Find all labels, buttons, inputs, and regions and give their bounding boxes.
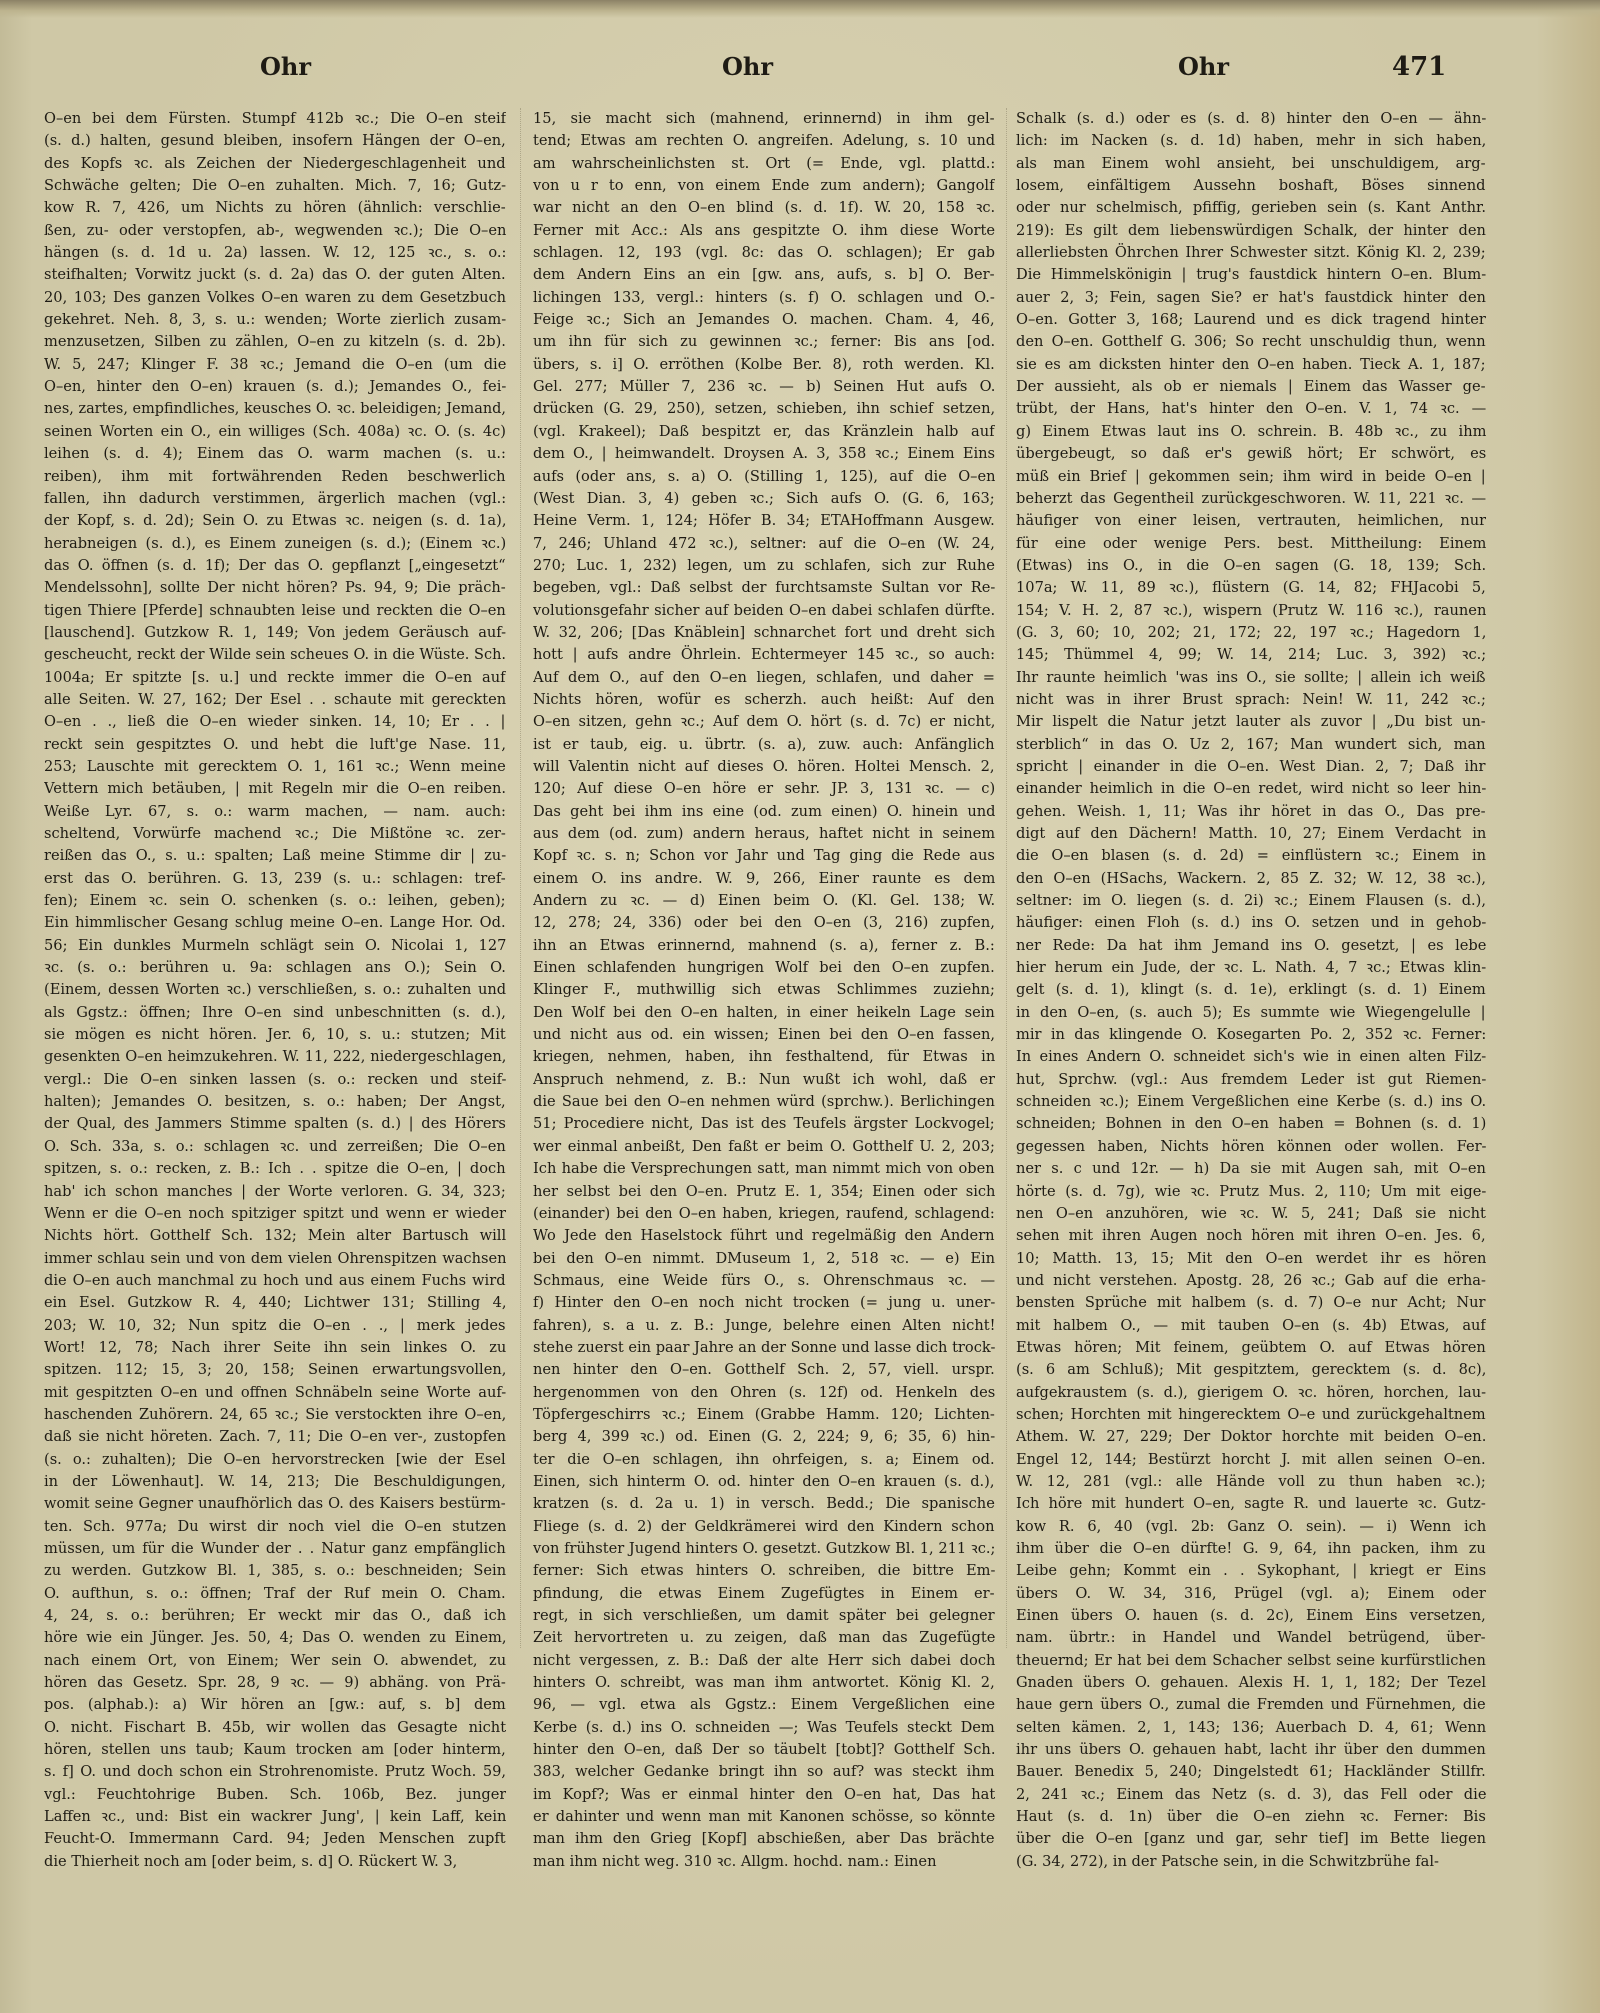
- text-line: Den Wolf bei den O–en halten, in einer h…: [533, 1002, 995, 1024]
- text-line: hängen (s. d. 1d u. 2a) lassen. W. 12, 1…: [44, 242, 506, 264]
- text-line: will Valentin nicht auf dieses O. hören.…: [533, 756, 995, 778]
- text-line: trübt, der Hans, hat's hinter den O–en. …: [1016, 398, 1486, 420]
- text-line: 107a; W. 11, 89 ꝛc.), flüstern (G. 14, 8…: [1016, 577, 1486, 599]
- text-line: ist er taub, eig. u. übrtr. (s. a), zuw.…: [533, 734, 995, 756]
- text-line: begeben, vgl.: Daß selbst der furchtsams…: [533, 577, 995, 599]
- text-line: das O. öffnen (s. d. 1f); Der das O. gep…: [44, 555, 506, 577]
- text-line: nen hinter den O–en. Gotthelf Sch. 2, 57…: [533, 1359, 995, 1381]
- text-line: Fliege (s. d. 2) der Geldkrämerei wird d…: [533, 1516, 995, 1538]
- column-gutter: [520, 108, 522, 1648]
- text-line: Leibe gehn; Kommt ein . . Sykophant, | k…: [1016, 1560, 1486, 1582]
- text-line: gekehret. Neh. 8, 3, s. u.: wenden; Wort…: [44, 309, 506, 331]
- text-line: ihr uns übers O. gehauen habt, lacht ihr…: [1016, 1739, 1486, 1761]
- column-right: Schalk (s. d.) oder es (s. d. 8) hinter …: [1016, 108, 1486, 1873]
- text-line: die Saue bei den O–en nehmen würd (sprch…: [533, 1091, 995, 1113]
- text-line: allerliebsten Öhrchen Ihrer Schwester si…: [1016, 242, 1486, 264]
- text-line: Kerbe (s. d.) ins O. schneiden —; Was Te…: [533, 1717, 995, 1739]
- column-middle: 15, sie macht sich (mahnend, erinnernd) …: [533, 108, 995, 1873]
- text-line: 20, 103; Des ganzen Volkes O–en waren zu…: [44, 287, 506, 309]
- text-line: tigen Thiere [Pferde] schnaubten leise u…: [44, 600, 506, 622]
- text-line: nam. übrtr.: in Handel und Wandel betrüg…: [1016, 1627, 1486, 1649]
- text-line: Auf dem O., auf den O–en liegen, schlafe…: [533, 667, 995, 689]
- text-line: [lauschend]. Gutzkow R. 1, 149; Von jede…: [44, 622, 506, 644]
- text-line: Klinger F., muthwillig sich etwas Schlim…: [533, 979, 995, 1001]
- text-line: lich: im Nacken (s. d. 1d) haben, mehr i…: [1016, 130, 1486, 152]
- text-line: Mir lispelt die Natur jetzt lauter als z…: [1016, 711, 1486, 733]
- text-line: man ihm nicht weg. 310 ꝛc. Allgm. hochd.…: [533, 1851, 995, 1873]
- text-line: hergenommen von den Ohren (s. 12f) od. H…: [533, 1382, 995, 1404]
- text-line: die O–en auch manchmal zu hoch und aus e…: [44, 1270, 506, 1292]
- text-line: die Thierheit noch am [oder beim, s. d] …: [44, 1851, 506, 1873]
- text-line: hott | aufs andre Öhrlein. Echtermeyer 1…: [533, 644, 995, 666]
- text-line: übers O. W. 34, 316, Prügel (vgl. a); Ei…: [1016, 1583, 1486, 1605]
- text-line: (s. o.: zuhalten); Die O–en hervorstreck…: [44, 1449, 506, 1471]
- text-line: Töpfergeschirrs ꝛc.; Einem (Grabbe Hamm.…: [533, 1404, 995, 1426]
- text-line: Anspruch nehmend, z. B.: Nun wußt ich wo…: [533, 1069, 995, 1091]
- text-line: Ich habe die Versprechungen satt, man ni…: [533, 1158, 995, 1180]
- text-line: Ein himmlischer Gesang schlug meine O–en…: [44, 912, 506, 934]
- text-line: mit gespitzten O–en und offnen Schnäbeln…: [44, 1382, 506, 1404]
- text-line: pfindung, die etwas Einem Zugefügtes in …: [533, 1583, 995, 1605]
- text-line: gehen. Weish. 1, 11; Was ihr höret in da…: [1016, 801, 1486, 823]
- text-line: Mendelssohn], sollte Der nicht hören? Ps…: [44, 577, 506, 599]
- text-line: zu werden. Gutzkow Bl. 1, 385, s. o.: be…: [44, 1560, 506, 1582]
- text-line: scheltend, Vorwürfe machend ꝛc.; Die Miß…: [44, 823, 506, 845]
- text-line: einander heimlich in die O–en redet, wir…: [1016, 778, 1486, 800]
- text-line: Feucht-O. Immermann Card. 94; Jeden Mens…: [44, 1828, 506, 1850]
- text-line: man ihm den Grieg [Kopf] abschießen, abe…: [533, 1828, 995, 1850]
- text-line: von u r to enn, von einem Ende zum ander…: [533, 175, 995, 197]
- text-line: 154; V. H. 2, 87 ꝛc.), wispern (Prutz W.…: [1016, 600, 1486, 622]
- text-line: hinters O. schreibt, was man ihm antwort…: [533, 1672, 995, 1694]
- text-line: war nicht an den O–en blind (s. d. 1f). …: [533, 197, 995, 219]
- text-line: für eine oder wenige Pers. best. Mitthei…: [1016, 533, 1486, 555]
- text-line: der Kopf, s. d. 2d); Sein O. zu Etwas ꝛc…: [44, 510, 506, 532]
- text-line: theuernd; Er hat bei dem Schacher selbst…: [1016, 1650, 1486, 1672]
- text-line: 4, 24, s. o.: berühren; Er weckt mir das…: [44, 1605, 506, 1627]
- text-line: schen; Horchten mit hingerecktem O–e und…: [1016, 1404, 1486, 1426]
- text-line: 145; Thümmel 4, 99; W. 14, 214; Luc. 3, …: [1016, 644, 1486, 666]
- text-line: nicht was in ihrer Brust sprach: Nein! W…: [1016, 689, 1486, 711]
- text-line: seinen Worten ein O., ein williges (Sch.…: [44, 421, 506, 443]
- page-number: 471: [1392, 52, 1446, 82]
- text-line: Kopf ꝛc. s. n; Schon vor Jahr und Tag gi…: [533, 845, 995, 867]
- text-line: nes, zartes, empfindliches, keusches O. …: [44, 398, 506, 420]
- text-line: 253; Lauschte mit gerecktem O. 1, 161 ꝛc…: [44, 756, 506, 778]
- text-line: (vgl. Krakeel); Daß bespitzt er, das Krä…: [533, 421, 995, 443]
- text-line: Heine Verm. 1, 124; Höfer B. 34; ETAHoff…: [533, 510, 995, 532]
- text-line: 2, 241 ꝛc.; Einem das Netz (s. d. 3), da…: [1016, 1784, 1486, 1806]
- text-line: (Etwas) ins O., in die O–en sagen (G. 18…: [1016, 555, 1486, 577]
- text-line: haschenden Zuhörern. 24, 65 ꝛc.; Sie ver…: [44, 1404, 506, 1426]
- text-line: 383, welcher Gedanke bringt ihn so auf? …: [533, 1761, 995, 1783]
- text-line: Schwäche gelten; Die O–en zuhalten. Mich…: [44, 175, 506, 197]
- text-line: reckt sein gespitztes O. und hebt die lu…: [44, 734, 506, 756]
- text-line: bei den O–en nimmt. DMuseum 1, 2, 518 ꝛc…: [533, 1248, 995, 1270]
- text-line: O–en . ., ließ die O–en wieder sinken. 1…: [44, 711, 506, 733]
- text-line: ferner: Sich etwas hinters O. schreiben,…: [533, 1560, 995, 1582]
- text-line: O–en. Gotter 3, 168; Laurend und es dick…: [1016, 309, 1486, 331]
- text-line: Etwas hören; Mit feinem, geübtem O. auf …: [1016, 1337, 1486, 1359]
- headword-middle: Ohr: [722, 52, 773, 81]
- text-line: mir in das klingende O. Kosegarten Po. 2…: [1016, 1024, 1486, 1046]
- text-line: gelt (s. d. 1), klingt (s. d. 1e), erkli…: [1016, 979, 1486, 1001]
- text-line: hören das Gesetz. Spr. 28, 9 ꝛc. — 9) ab…: [44, 1672, 506, 1694]
- text-line: O. nicht. Fischart B. 45b, wir wollen da…: [44, 1717, 506, 1739]
- text-line: von frühster Jugend hinters O. gesetzt. …: [533, 1538, 995, 1560]
- text-line: f) Hinter den O–en noch nicht trocken (=…: [533, 1292, 995, 1314]
- text-line: daß sie nicht höreten. Zach. 7, 11; Die …: [44, 1426, 506, 1448]
- text-line: hörte (s. d. 7g), wie ꝛc. Prutz Mus. 2, …: [1016, 1181, 1486, 1203]
- text-line: erst das O. berühren. G. 13, 239 (s. u.:…: [44, 868, 506, 890]
- text-line: den O–en (HSachs, Wackern. 2, 85 Z. 32; …: [1016, 868, 1486, 890]
- text-line: Wo Jede den Haselstock führt und regelmä…: [533, 1225, 995, 1247]
- text-line: ten. Sch. 977a; Du wirst dir noch viel d…: [44, 1516, 506, 1538]
- text-line: (s. d.) halten, gesund bleiben, insofern…: [44, 130, 506, 152]
- text-line: drücken (G. 29, 250), setzen, schieben, …: [533, 398, 995, 420]
- text-line: vergl.: Die O–en sinken lassen (s. o.: r…: [44, 1069, 506, 1091]
- text-line: sterblich“ in das O. Uz 2, 167; Man wund…: [1016, 734, 1486, 756]
- text-line: (einander) bei den O–en haben, kriegen, …: [533, 1203, 995, 1225]
- text-line: auer 2, 3; Fein, sagen Sie? er hat's fau…: [1016, 287, 1486, 309]
- text-line: (Einem, dessen Worten ꝛc.) verschließen,…: [44, 979, 506, 1001]
- text-line: berg 4, 399 ꝛc.) od. Einen (G. 2, 224; 9…: [533, 1426, 995, 1448]
- text-line: müssen, um für die Wunder der . . Natur …: [44, 1538, 506, 1560]
- text-line: Engel 12, 144; Bestürzt horcht J. mit al…: [1016, 1449, 1486, 1471]
- text-line: nach einem Ort, von Einem; Wer sein O. a…: [44, 1650, 506, 1672]
- text-line: s. f] O. und doch schon ein Strohrenomis…: [44, 1761, 506, 1783]
- text-line: ner Rede: Da hat ihm Jemand ins O. geset…: [1016, 935, 1486, 957]
- text-line: schneiden ꝛc.); Einem Vergeßlichen eine …: [1016, 1091, 1486, 1113]
- text-line: beherzt das Gegentheil zurückgeschworen.…: [1016, 488, 1486, 510]
- text-line: spitzen. 112; 15, 3; 20, 158; Seinen erw…: [44, 1359, 506, 1381]
- text-line: ihn an Etwas erinnernd, mahnend (s. a), …: [533, 935, 995, 957]
- text-line: herabneigen (s. d.), es Einem zuneigen (…: [44, 533, 506, 555]
- text-line: her selbst bei den O–en. Prutz E. 1, 354…: [533, 1181, 995, 1203]
- text-line: W. 12, 281 (vgl.: alle Hände voll zu thu…: [1016, 1471, 1486, 1493]
- text-line: wer einmal anbeißt, Den faßt er beim O. …: [533, 1136, 995, 1158]
- text-line: spricht | einander in die O–en. West Dia…: [1016, 756, 1486, 778]
- text-line: Feige ꝛc.; Sich an Jemandes O. machen. C…: [533, 309, 995, 331]
- text-line: stehe zuerst ein paar Jahre an der Sonne…: [533, 1337, 995, 1359]
- text-line: hinter den O–en, daß Der so täubelt [tob…: [533, 1739, 995, 1761]
- text-line: tend; Etwas am rechten O. angreifen. Ade…: [533, 130, 995, 152]
- text-line: In eines Andern O. schneidet sich's wie …: [1016, 1046, 1486, 1068]
- text-line: nicht vergessen, z. B.: Daß der alte Her…: [533, 1650, 995, 1672]
- text-line: häufiger: einen Floh (s. d.) ins O. setz…: [1016, 912, 1486, 934]
- text-line: 120; Auf diese O–en höre er sehr. JP. 3,…: [533, 778, 995, 800]
- text-line: selten kämen. 2, 1, 143; 136; Auerbach D…: [1016, 1717, 1486, 1739]
- text-line: 7, 246; Uhland 472 ꝛc.), seltner: auf di…: [533, 533, 995, 555]
- text-line: müß ein Brief | gekommen sein; ihm wird …: [1016, 466, 1486, 488]
- text-line: ner s. c und 12r. — h) Da sie mit Augen …: [1016, 1158, 1486, 1180]
- text-line: hut, Sprchw. (vgl.: Aus fremdem Leder is…: [1016, 1069, 1486, 1091]
- text-line: O. Sch. 33a, s. o.: schlagen ꝛc. und zer…: [44, 1136, 506, 1158]
- text-line: hören, stellen uns taub; Kaum trocken am…: [44, 1739, 506, 1761]
- text-line: Andern zu ꝛc. — d) Einen beim O. (Kl. Ge…: [533, 890, 995, 912]
- text-line: in den O–en, (s. auch 5); Es summte wie …: [1016, 1002, 1486, 1024]
- text-line: vgl.: Feuchtohrige Buben. Sch. 106b, Bez…: [44, 1784, 506, 1806]
- text-line: halten); Jemandes O. besitzen, s. o.: ha…: [44, 1091, 506, 1113]
- text-line: Nichts hören, wofür es scherzh. auch hei…: [533, 689, 995, 711]
- text-line: Das geht bei ihm ins eine (od. zum einen…: [533, 801, 995, 823]
- text-line: als man Einem wohl ansieht, bei unschuld…: [1016, 153, 1486, 175]
- text-line: fallen, ihn dadurch verstimmen, ärgerlic…: [44, 488, 506, 510]
- text-line: Die Himmelskönigin | trug's faustdick hi…: [1016, 264, 1486, 286]
- text-line: haue gern übers O., zumal die Fremden un…: [1016, 1694, 1486, 1716]
- text-line: er dahinter und wenn man mit Kanonen sch…: [533, 1806, 995, 1828]
- text-line: kratzen (s. d. 2a u. 1) in versch. Bedd.…: [533, 1493, 995, 1515]
- text-line: mit halbem O., — mit tauben O–en (s. 4b)…: [1016, 1315, 1486, 1337]
- text-line: häufiger von einer leisen, vertrauten, h…: [1016, 510, 1486, 532]
- text-line: ein Esel. Gutzkow R. 4, 440; Lichtwer 13…: [44, 1292, 506, 1314]
- text-line: steifhalten; Vorwitz juckt (s. d. 2a) da…: [44, 264, 506, 286]
- text-line: gegessen haben, Nichts hören können oder…: [1016, 1136, 1486, 1158]
- text-line: regt, in sich verschließen, um damit spä…: [533, 1605, 995, 1627]
- text-line: losem, einfältigem Aussehn boshaft, Böse…: [1016, 175, 1486, 197]
- text-line: ꝛc. (s. o.: berühren u. 9a: schlagen ans…: [44, 957, 506, 979]
- text-line: übers, s. i] O. erröthen (Kolbe Ber. 8),…: [533, 354, 995, 376]
- text-line: Weiße Lyr. 67, s. o.: warm machen, — nam…: [44, 801, 506, 823]
- text-line: fahren), s. a u. z. B.: Junge, belehre e…: [533, 1315, 995, 1337]
- text-line: hab' ich schon manches | der Worte verlo…: [44, 1181, 506, 1203]
- text-line: um ihn für sich zu gewinnen ꝛc.; ferner:…: [533, 331, 995, 353]
- text-line: Der aussieht, als ob er niemals | Einem …: [1016, 376, 1486, 398]
- text-line: W. 5, 247; Klinger F. 38 ꝛc.; Jemand die…: [44, 354, 506, 376]
- text-line: Zeit hervortreten u. zu zeigen, daß man …: [533, 1627, 995, 1649]
- text-line: reißen das O., s. u.: spalten; Laß meine…: [44, 845, 506, 867]
- text-line: Schmaus, eine Weide fürs O., s. Ohrensch…: [533, 1270, 995, 1292]
- text-line: Ihr raunte heimlich 'was ins O., sie sol…: [1016, 667, 1486, 689]
- text-line: seltner: im O. liegen (s. d. 2i) ꝛc.; Ei…: [1016, 890, 1486, 912]
- text-line: 15, sie macht sich (mahnend, erinnernd) …: [533, 108, 995, 130]
- headword-left: Ohr: [260, 52, 311, 81]
- text-line: volutionsgefahr sicher auf beiden O–en d…: [533, 600, 995, 622]
- text-line: Gel. 277; Müller 7, 236 ꝛc. — b) Seinen …: [533, 376, 995, 398]
- text-line: womit seine Gegner unaufhörlich das O. d…: [44, 1493, 506, 1515]
- text-line: im Kopf?; Was er einmal hinter den O–en …: [533, 1784, 995, 1806]
- text-line: g) Einem Etwas laut ins O. schrein. B. 4…: [1016, 421, 1486, 443]
- text-line: als Ggstz.: öffnen; Ihre O–en sind unbes…: [44, 1002, 506, 1024]
- text-line: sie mögen es nicht hören. Jer. 6, 10, s.…: [44, 1024, 506, 1046]
- text-line: Gnaden übers O. gehauen. Alexis H. 1, 1,…: [1016, 1672, 1486, 1694]
- text-line: 56; Ein dunkles Murmeln schlägt sein O. …: [44, 935, 506, 957]
- text-line: immer schlau sein und von dem vielen Ohr…: [44, 1248, 506, 1270]
- text-line: 51; Procediere nicht, Das ist des Teufel…: [533, 1113, 995, 1135]
- text-line: schneiden; Bohnen in den O–en haben = Bo…: [1016, 1113, 1486, 1135]
- text-line: gescheucht, reckt der Wilde sein scheues…: [44, 644, 506, 666]
- page-top-edge: [0, 0, 1600, 18]
- text-line: (G. 3, 60; 10, 202; 21, 172; 22, 197 ꝛc.…: [1016, 622, 1486, 644]
- text-line: am wahrscheinlichsten st. Ort (= Ende, v…: [533, 153, 995, 175]
- text-line: Einen übers O. hauen (s. d. 2c), Einem E…: [1016, 1605, 1486, 1627]
- text-line: 96, — vgl. etwa als Ggstz.: Einem Vergeß…: [533, 1694, 995, 1716]
- text-line: Athem. W. 27, 229; Der Doktor horchte mi…: [1016, 1426, 1486, 1448]
- text-line: aus dem (od. zum) andern heraus, haftet …: [533, 823, 995, 845]
- text-line: den O–en. Gotthelf G. 306; So recht unsc…: [1016, 331, 1486, 353]
- text-line: der Qual, des Jammers Stimme spalten (s.…: [44, 1113, 506, 1135]
- text-line: über die O–en [ganz und gar, sehr tief] …: [1016, 1828, 1486, 1850]
- text-line: 1004a; Er spitzte [s. u.] und reckte imm…: [44, 667, 506, 689]
- text-line: dem Andern Eins an ein [gw. ans, aufs, s…: [533, 264, 995, 286]
- text-line: Ich höre mit hundert O–en, sagte R. und …: [1016, 1493, 1486, 1515]
- text-line: und nicht verstehen. Apostg. 28, 26 ꝛc.;…: [1016, 1270, 1486, 1292]
- text-line: W. 32, 206; [Das Knäblein] schnarchet fo…: [533, 622, 995, 644]
- headword-right: Ohr: [1178, 52, 1229, 81]
- text-line: O–en sitzen, gehn ꝛc.; Auf dem O. hört (…: [533, 711, 995, 733]
- text-line: O–en, hinter den O–en) krauen (s. d.); J…: [44, 376, 506, 398]
- text-line: Bauer. Benedix 5, 240; Dingelstedt 61; H…: [1016, 1761, 1486, 1783]
- text-line: kriegen, nehmen, haben, ihn festhaltend,…: [533, 1046, 995, 1068]
- text-line: Nichts hört. Gotthelf Sch. 132; Mein alt…: [44, 1225, 506, 1247]
- text-line: dem O., | heimwandelt. Droysen A. 3, 358…: [533, 443, 995, 465]
- text-line: die O–en blasen (s. d. 2d) = einflüstern…: [1016, 845, 1486, 867]
- text-line: ter die O–en schlagen, ihn ohrfeigen, s.…: [533, 1449, 995, 1471]
- text-line: kow R. 6, 40 (vgl. 2b: Ganz O. sein). — …: [1016, 1516, 1486, 1538]
- text-line: nen O–en anzuhören, wie ꝛc. W. 5, 241; D…: [1016, 1203, 1486, 1225]
- text-line: schlagen. 12, 193 (vgl. 8c: das O. schla…: [533, 242, 995, 264]
- text-line: menzusetzen, Silben zu zählen, O–en zu k…: [44, 331, 506, 353]
- text-line: (G. 34, 272), in der Patsche sein, in di…: [1016, 1851, 1486, 1873]
- text-line: 219): Es gilt dem liebenswürdigen Schalk…: [1016, 220, 1486, 242]
- text-line: Einen, sich hinterm O. od. hinter den O–…: [533, 1471, 995, 1493]
- text-line: Wort! 12, 78; Nach ihrer Seite ihn sein …: [44, 1337, 506, 1359]
- text-line: höre wie ein Jünger. Jes. 50, 4; Das O. …: [44, 1627, 506, 1649]
- text-line: Ferner mit Acc.: Als ans gespitzte O. ih…: [533, 220, 995, 242]
- text-line: leihen (s. d. 4); Einem das O. warm mach…: [44, 443, 506, 465]
- text-line: aufs (oder ans, s. a) O. (Stilling 1, 12…: [533, 466, 995, 488]
- text-line: 203; W. 10, 32; Nun spitz die O–en . ., …: [44, 1315, 506, 1337]
- text-line: in der Löwenhaut]. W. 14, 213; Die Besch…: [44, 1471, 506, 1493]
- text-line: sie es am dicksten hinter den O–en haben…: [1016, 354, 1486, 376]
- text-line: 270; Luc. 1, 232) legen, um zu schlafen,…: [533, 555, 995, 577]
- text-line: pos. (alphab.): a) Wir hören an [gw.: au…: [44, 1694, 506, 1716]
- running-header: Ohr Ohr Ohr 471: [0, 52, 1600, 92]
- text-line: sehen mit ihren Augen noch hören mit ihr…: [1016, 1225, 1486, 1247]
- text-line: Laffen ꝛc., und: Bist ein wackrer Jung',…: [44, 1806, 506, 1828]
- text-line: Einen schlafenden hungrigen Wolf bei den…: [533, 957, 995, 979]
- text-line: aufgekraustem (s. d.), gierigem O. ꝛc. h…: [1016, 1382, 1486, 1404]
- text-line: Haut (s. d. 1n) über die O–en ziehn ꝛc. …: [1016, 1806, 1486, 1828]
- column-left: O–en bei dem Fürsten. Stumpf 412b ꝛc.; D…: [44, 108, 506, 1873]
- text-line: reiben), ihm mit fortwährenden Reden bes…: [44, 466, 506, 488]
- text-line: Vettern mich betäuben, | mit Regeln mir …: [44, 778, 506, 800]
- text-line: spitzen, s. o.: recken, z. B.: Ich . . s…: [44, 1158, 506, 1180]
- text-line: O–en bei dem Fürsten. Stumpf 412b ꝛc.; D…: [44, 108, 506, 130]
- text-line: oder nur schelmisch, pfiffig, gerieben s…: [1016, 197, 1486, 219]
- text-line: ßen, zu- oder verstopfen, ab-, wegwenden…: [44, 220, 506, 242]
- text-line: kow R. 7, 426, um Nichts zu hören (ähnli…: [44, 197, 506, 219]
- text-line: und nicht aus od. ein wissen; Einen bei …: [533, 1024, 995, 1046]
- text-line: übergebeugt, so daß er's gewiß hört; Er …: [1016, 443, 1486, 465]
- text-line: O. aufthun, s. o.: öffnen; Traf der Ruf …: [44, 1583, 506, 1605]
- column-gutter: [1006, 108, 1008, 1648]
- text-line: bensten Sprüche mit halbem (s. d. 7) O–e…: [1016, 1292, 1486, 1314]
- text-line: alle Seiten. W. 27, 162; Der Esel . . sc…: [44, 689, 506, 711]
- text-line: (West Dian. 3, 4) geben ꝛc.; Sich aufs O…: [533, 488, 995, 510]
- text-line: lichingen 133, vergl.: hinters (s. f) O.…: [533, 287, 995, 309]
- text-line: gesenkten O–en heimzukehren. W. 11, 222,…: [44, 1046, 506, 1068]
- text-line: Wenn er die O–en noch spitziger spitzt u…: [44, 1203, 506, 1225]
- text-line: (s. 6 am Schluß); Mit gespitztem, gereck…: [1016, 1359, 1486, 1381]
- text-line: 12, 278; 24, 336) oder bei den O–en (3, …: [533, 912, 995, 934]
- text-line: Schalk (s. d.) oder es (s. d. 8) hinter …: [1016, 108, 1486, 130]
- text-line: digt auf den Dächern! Matth. 10, 27; Ein…: [1016, 823, 1486, 845]
- text-line: des Kopfs ꝛc. als Zeichen der Niedergesc…: [44, 153, 506, 175]
- text-line: fen); Einem ꝛc. sein O. schenken (s. o.:…: [44, 890, 506, 912]
- text-line: hier herum ein Jude, der ꝛc. L. Nath. 4,…: [1016, 957, 1486, 979]
- text-line: 10; Matth. 13, 15; Mit den O–en werdet i…: [1016, 1248, 1486, 1270]
- text-line: einem O. ins andre. W. 9, 266, Einer rau…: [533, 868, 995, 890]
- text-line: ihm über die O–en dürfte! G. 9, 64, ihn …: [1016, 1538, 1486, 1560]
